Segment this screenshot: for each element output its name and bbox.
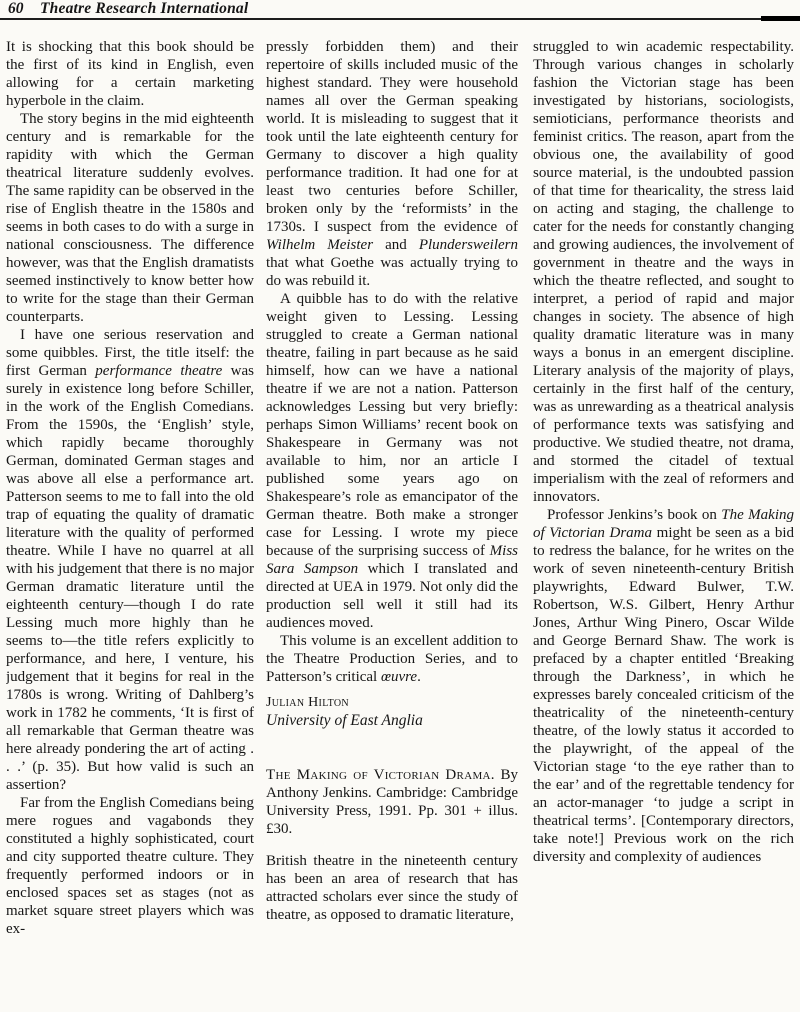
text-segment: Professor Jenkins’s book on	[547, 507, 721, 523]
text-segment: Far from the English Comedians being mer…	[6, 795, 254, 937]
running-head: 60 Theatre Research International	[0, 0, 800, 20]
text-segment: It is shocking that this book should be …	[6, 39, 254, 109]
book-citation: The Making of Victorian Drama. By Anthon…	[266, 766, 518, 838]
review-paragraph: struggled to win academic respectability…	[533, 38, 794, 506]
text-segment: was surely in existence long before Schi…	[6, 363, 254, 793]
text-segment: œuvre	[381, 669, 417, 685]
text-segment: Wilhelm Meister	[266, 237, 373, 253]
header-rule-end-mark	[761, 16, 800, 21]
review-paragraph: pressly forbidden them) and their repert…	[266, 38, 518, 290]
spacer	[266, 730, 518, 766]
text-segment: struggled to win academic respectability…	[533, 39, 794, 505]
review-paragraph: I have one serious reservation and some …	[6, 326, 254, 794]
page-number: 60	[8, 0, 24, 18]
text-segment: and	[373, 237, 419, 253]
review-paragraph: A quibble has to do with the relative we…	[266, 290, 518, 632]
text-segment: performance theatre	[95, 363, 222, 379]
text-segment: that what Goethe was actually trying to …	[266, 255, 518, 289]
text-segment: might be seen as a bid to redress the ba…	[533, 525, 794, 865]
spacer	[266, 838, 518, 852]
review-paragraph: Far from the English Comedians being mer…	[6, 794, 254, 938]
review-paragraph: British theatre in the nineteenth centur…	[266, 852, 518, 924]
text-segment: Julian Hilton	[266, 695, 349, 710]
text-segment: The story begins in the mid eighteenth c…	[6, 111, 254, 325]
header-rule	[0, 18, 800, 20]
reviewer-affiliation: University of East Anglia	[266, 712, 518, 730]
text-segment: British theatre in the nineteenth centur…	[266, 853, 518, 923]
text-segment: The Making of Victorian Drama.	[266, 767, 495, 783]
text-segment: .	[417, 669, 421, 685]
text-segment: University of East Anglia	[266, 712, 423, 729]
reviewer-name: Julian Hilton	[266, 694, 518, 712]
column-3: struggled to win academic respectability…	[533, 38, 794, 1012]
column-1: It is shocking that this book should be …	[6, 38, 254, 1012]
review-paragraph: This volume is an excellent addition to …	[266, 632, 518, 686]
review-paragraph: The story begins in the mid eighteenth c…	[6, 110, 254, 326]
review-paragraph: Professor Jenkins’s book on The Making o…	[533, 506, 794, 866]
text-segment: Plundersweilern	[419, 237, 518, 253]
column-2: pressly forbidden them) and their repert…	[266, 38, 518, 1012]
journal-page: 60 Theatre Research International It is …	[0, 0, 800, 1012]
text-segment: A quibble has to do with the relative we…	[266, 291, 518, 559]
journal-title: Theatre Research International	[40, 0, 248, 18]
text-segment: pressly forbidden them) and their repert…	[266, 39, 518, 235]
review-paragraph: It is shocking that this book should be …	[6, 38, 254, 110]
